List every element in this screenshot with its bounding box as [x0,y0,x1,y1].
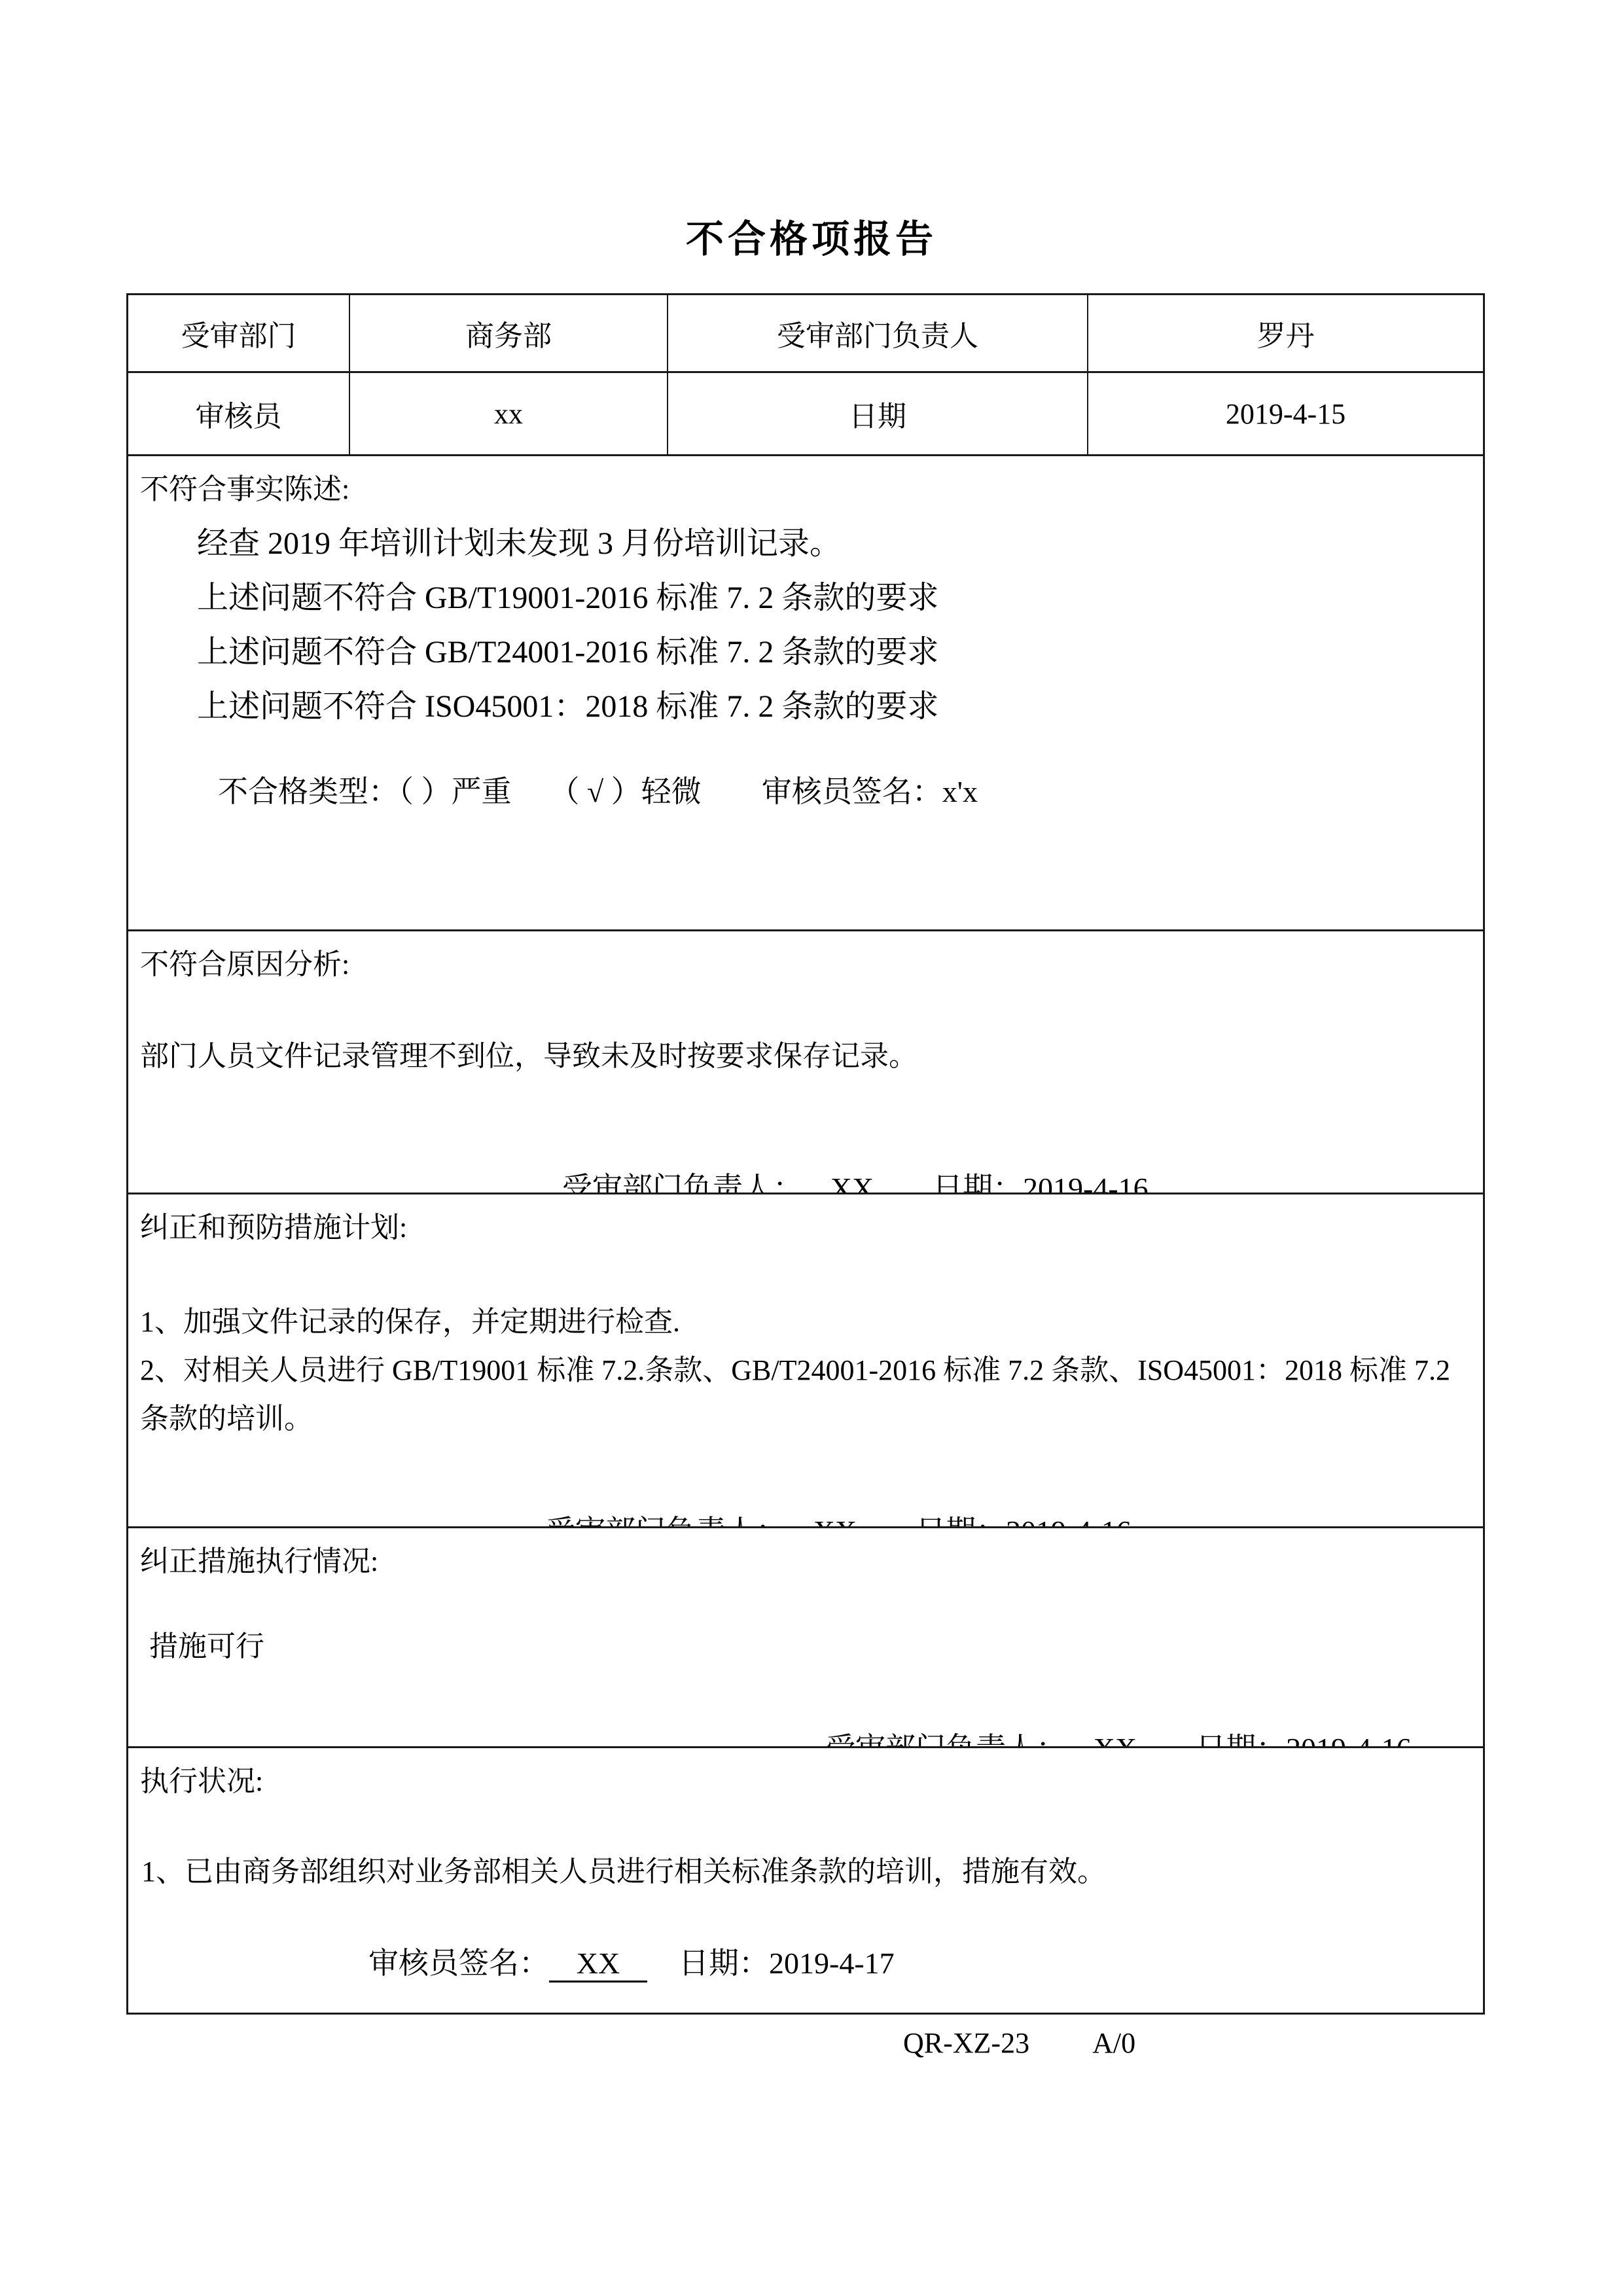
facts-section: 不符合事实陈述: 经查 2019 年培训计划未发现 3 月份培训记录。 上述问题… [128,454,1483,929]
sign-date-label: 日期： [933,1172,1023,1193]
facts-lines: 经查 2019 年培训计划未发现 3 月份培训记录。 上述问题不符合 GB/T1… [128,516,1483,734]
sign-label: 受审部门负责人： [545,1515,786,1526]
auditor-sign-label: 审核员签名： [762,775,942,808]
facts-line: 上述问题不符合 GB/T19001-2016 标准 7. 2 条款的要求 [128,571,1483,625]
sign-label: 受审部门负责人： [825,1732,1066,1746]
document-page: 不合格项报告 受审部门 商务部 受审部门负责人 罗丹 审核员 xx 日期 201… [0,0,1623,2296]
form-revision: A/0 [1092,2027,1135,2059]
sign-name: XX [1066,1731,1164,1746]
cause-section: 不符合原因分析: 部门人员文件记录管理不到位，导致未及时按要求保存记录。 受审部… [128,929,1483,1193]
audited-dept-value: 商务部 [349,295,667,371]
form-footer: QR-XZ-23A/0 [903,2026,1135,2060]
auditor-sign-name: x'x [942,775,978,808]
sign-date-label: 日期： [916,1515,1006,1526]
facts-label: 不符合事实陈述: [128,456,1483,507]
plan-item: 1、加强文件记录的保存，并定期进行检查. [140,1298,1469,1346]
sign-label: 受审部门负责人： [562,1172,803,1193]
facts-line: 上述问题不符合 ISO45001：2018 标准 7. 2 条款的要求 [128,679,1483,734]
audited-dept-label: 受审部门 [128,295,349,371]
info-row-1: 受审部门 商务部 受审部门负责人 罗丹 [128,295,1483,371]
status-body: 1、已由商务部组织对业务部相关人员进行相关标准条款的培训，措施有效。 [128,1848,1483,1890]
check-body: 措施可行 [128,1623,1483,1664]
auditor-label: 审核员 [128,373,349,454]
status-section: 执行状况: 1、已由商务部组织对业务部相关人员进行相关标准条款的培训，措施有效。… [128,1746,1483,2013]
check-signature-line: 受审部门负责人：XX日期：2019-4-16 [128,1725,1483,1746]
auditor-value: xx [349,373,667,454]
sign-name: XX [549,1946,647,1982]
form-code: QR-XZ-23 [903,2027,1029,2059]
sign-date: 2019-4-16 [1006,1515,1132,1526]
sign-date-label: 日期： [679,1946,769,1980]
sign-date: 2019-4-17 [769,1946,895,1980]
status-label: 执行状况: [128,1748,1483,1799]
facts-line: 上述问题不符合 GB/T24001-2016 标准 7. 2 条款的要求 [128,625,1483,679]
sign-name: XX [786,1514,884,1526]
sign-date: 2019-4-16 [1286,1732,1412,1746]
facts-line: 经查 2019 年培训计划未发现 3 月份培训记录。 [128,516,1483,571]
audit-date-value: 2019-4-15 [1087,373,1483,454]
sign-date-label: 日期： [1196,1732,1286,1746]
dept-head-value: 罗丹 [1087,295,1483,371]
report-table: 受审部门 商务部 受审部门负责人 罗丹 审核员 xx 日期 2019-4-15 … [126,293,1485,2015]
cause-body: 部门人员文件记录管理不到位，导致未及时按要求保存记录。 [128,1032,1483,1074]
dept-head-label: 受审部门负责人 [667,295,1087,371]
minor-option-checked: （ √ ）轻微 [550,775,702,808]
check-label: 纠正措施执行情况: [128,1528,1483,1579]
cause-label: 不符合原因分析: [128,931,1483,982]
plan-label: 纠正和预防措施计划: [128,1194,1483,1246]
severe-option: （ ）严重 [399,775,512,808]
check-section: 纠正措施执行情况: 措施可行 受审部门负责人：XX日期：2019-4-16 [128,1526,1483,1746]
info-row-2: 审核员 xx 日期 2019-4-15 [128,371,1483,454]
plan-signature-line: 受审部门负责人：XX日期：2019-4-16 [128,1507,1483,1526]
plan-section: 纠正和预防措施计划: 1、加强文件记录的保存，并定期进行检查. 2、对相关人员进… [128,1193,1483,1526]
nonconformity-type-line: 不合格类型：（ ）严重（ √ ）轻微审核员签名：x'x [128,768,1483,811]
plan-items: 1、加强文件记录的保存，并定期进行检查. 2、对相关人员进行 GB/T19001… [128,1298,1483,1443]
sign-name: XX [803,1171,901,1193]
audit-date-label: 日期 [667,373,1087,454]
status-signature-line: 审核员签名：XX日期：2019-4-17 [128,1939,1483,1982]
sign-label: 审核员签名： [368,1946,549,1980]
cause-signature-line: 受审部门负责人：XX日期：2019-4-16 [128,1164,1483,1193]
plan-item: 2、对相关人员进行 GB/T19001 标准 7.2.条款、GB/T24001-… [140,1346,1469,1443]
document-title: 不合格项报告 [0,208,1623,263]
type-label: 不合格类型： [218,775,399,808]
sign-date: 2019-4-16 [1023,1172,1149,1193]
